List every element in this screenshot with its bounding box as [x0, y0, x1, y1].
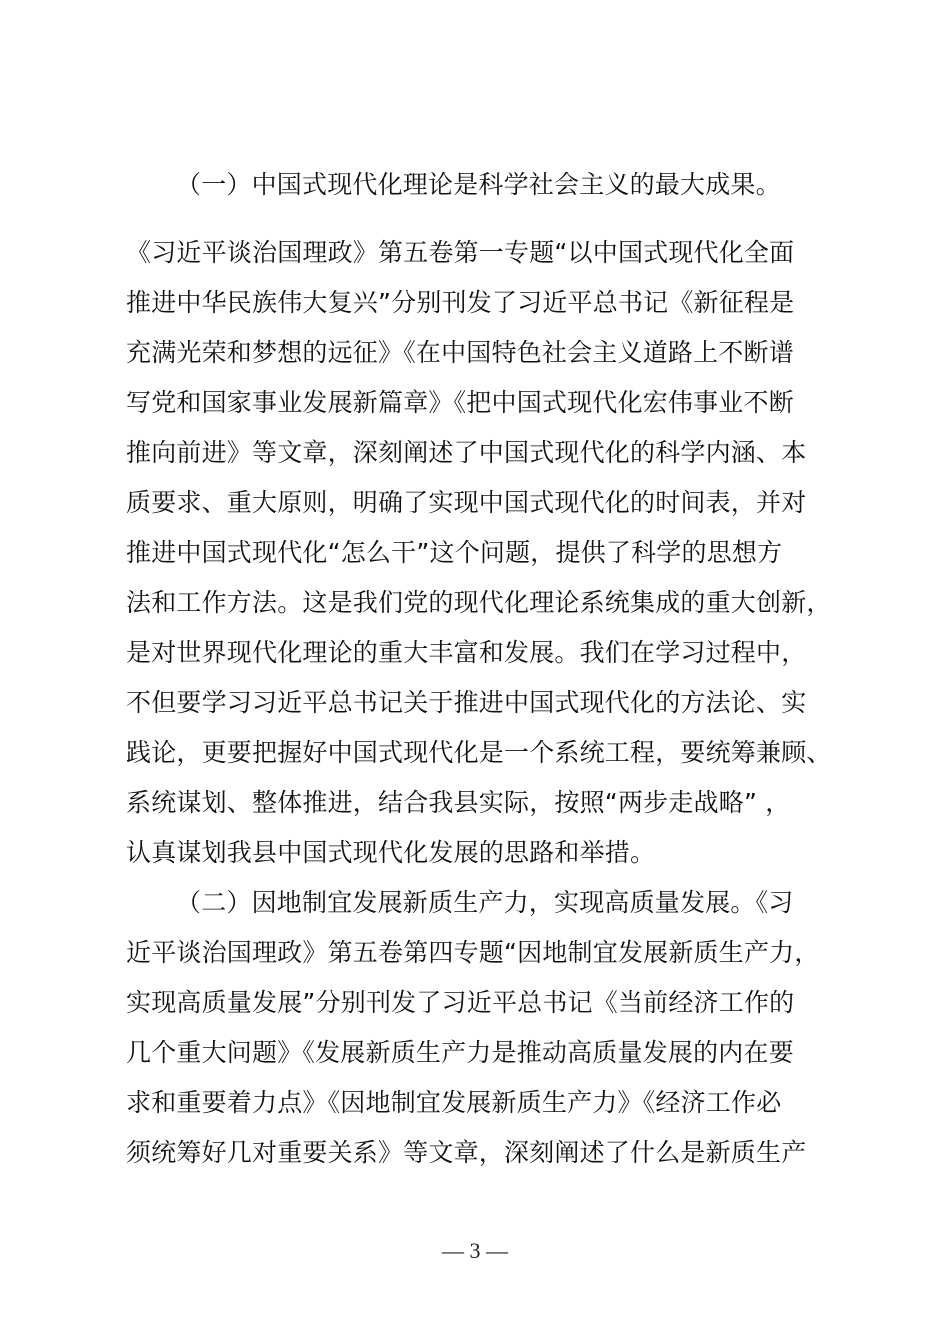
text-line: 充满光荣和梦想的远征》《在中国特色社会主义道路上不断谱 — [126, 336, 846, 370]
text-line: 认真谋划我县中国式现代化发展的思路和举措。 — [126, 836, 846, 870]
text-line: 法和工作方法。这是我们党的现代化理论系统集成的重大创新， — [126, 586, 846, 620]
paragraph-2-heading-line: （二）因地制宜发展新质生产力，实现高质量发展。《习 — [176, 886, 896, 920]
paragraph-1-heading-line: （一）中国式现代化理论是科学社会主义的最大成果。 — [176, 168, 896, 202]
text-line: 不但要学习习近平总书记关于推进中国式现代化的方法论、实 — [126, 686, 846, 720]
text-line: 推向前进》等文章，深刻阐述了中国式现代化的科学内涵、本 — [126, 436, 846, 470]
text-line: 近平谈治国理政》第五卷第四专题“因地制宜发展新质生产力， — [126, 936, 846, 970]
text-line: 几个重大问题》《发展新质生产力是推动高质量发展的内在要 — [126, 1036, 846, 1070]
document-page: （一）中国式现代化理论是科学社会主义的最大成果。 《习近平谈治国理政》第五卷第一… — [0, 0, 950, 1344]
page-number: — 3 — — [0, 1238, 950, 1264]
text-line: 践论，更要把握好中国式现代化是一个系统工程，要统筹兼顾、 — [126, 736, 846, 770]
text-line: 推进中华民族伟大复兴”分别刊发了习近平总书记《新征程是 — [126, 286, 846, 320]
text-line: 系统谋划、整体推进，结合我县实际，按照“两步走战略” ， — [126, 786, 846, 820]
text-line: 推进中国式现代化“怎么干”这个问题，提供了科学的思想方 — [126, 536, 846, 570]
text-line: 是对世界现代化理论的重大丰富和发展。我们在学习过程中， — [126, 636, 846, 670]
text-line: 写党和国家事业发展新篇章》《把中国式现代化宏伟事业不断 — [126, 386, 846, 420]
text-line: 须统筹好几对重要关系》等文章，深刻阐述了什么是新质生产 — [126, 1136, 846, 1170]
text-line: 《习近平谈治国理政》第五卷第一专题“以中国式现代化全面 — [126, 236, 846, 270]
text-line: 实现高质量发展”分别刊发了习近平总书记《当前经济工作的 — [126, 986, 846, 1020]
text-line: 质要求、重大原则，明确了实现中国式现代化的时间表，并对 — [126, 486, 846, 520]
text-line: 求和重要着力点》《因地制宜发展新质生产力》《经济工作必 — [126, 1086, 846, 1120]
